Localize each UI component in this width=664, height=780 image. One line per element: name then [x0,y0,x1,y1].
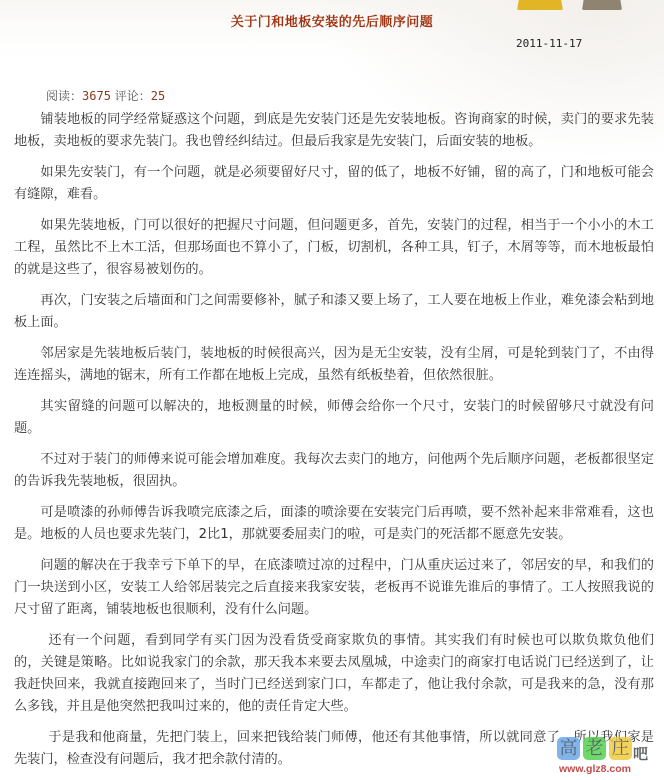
decorative-lamp-gray [582,0,622,10]
paragraph: 可是喷漆的孙师傅告诉我喷完底漆之后，面漆的喷涂要在安装完门后再喷，要不然补起来非… [14,502,654,546]
watermark-url: www.glz8.com [559,763,631,775]
comment-count[interactable]: 25 [151,89,165,103]
publish-date: 2011-11-17 [516,37,582,50]
read-label: 阅读： [46,89,82,103]
article-stats: 阅读：3675 评论：25 [46,87,165,104]
comment-label: 评论： [115,89,151,103]
paragraph: 其实留缝的问题可以解决的，地板测量的时候，师傅会给你一个尺寸，安装门的时候留够尺… [14,396,654,440]
site-watermark-logo: 高 老 庄 吧 www.glz8.com [557,737,664,780]
watermark-suffix: 吧 [633,743,648,764]
watermark-char-tile: 高 [557,737,580,760]
paragraph: 如果先装地板，门可以很好的把握尺寸问题，但问题更多，首先，安装门的过程，相当于一… [14,215,654,281]
watermark-char-tile: 庄 [609,737,632,760]
paragraph: 问题的解决在于我幸亏下单下的早，在底漆喷过凉的过程中，门从重庆运过来了，邻居安的… [14,555,654,621]
read-count: 3675 [82,89,111,103]
article-body: 铺装地板的同学经常疑惑这个问题，到底是先安装门还是先安装地板。咨询商家的时候，卖… [14,109,654,780]
watermark-char-tile: 老 [583,737,606,760]
paragraph: 如果先安装门，有一个问题，就是必须要留好尺寸，留的低了，地板不好铺，留的高了，门… [14,162,654,206]
paragraph: 铺装地板的同学经常疑惑这个问题，到底是先安装门还是先安装地板。咨询商家的时候，卖… [14,109,654,153]
paragraph: 邻居家是先装地板后装门，装地板的时候很高兴，因为是无尘安装，没有尘屑，可是轮到装… [14,343,654,387]
paragraph: 不过对于装门的师傅来说可能会增加难度。我每次去卖门的地方，问他两个先后顺序问题，… [14,449,654,493]
paragraph: 再次，门安装之后墙面和门之间需要修补，腻子和漆又要上场了，工人要在地板上作业，难… [14,290,654,334]
decorative-lamp-yellow [517,0,563,10]
article-title: 关于门和地板安装的先后顺序问题 [0,11,664,30]
paragraph: 还有一个问题，看到同学有买门因为没看货受商家欺负的事情。其实我们有时候也可以欺负… [14,630,654,718]
